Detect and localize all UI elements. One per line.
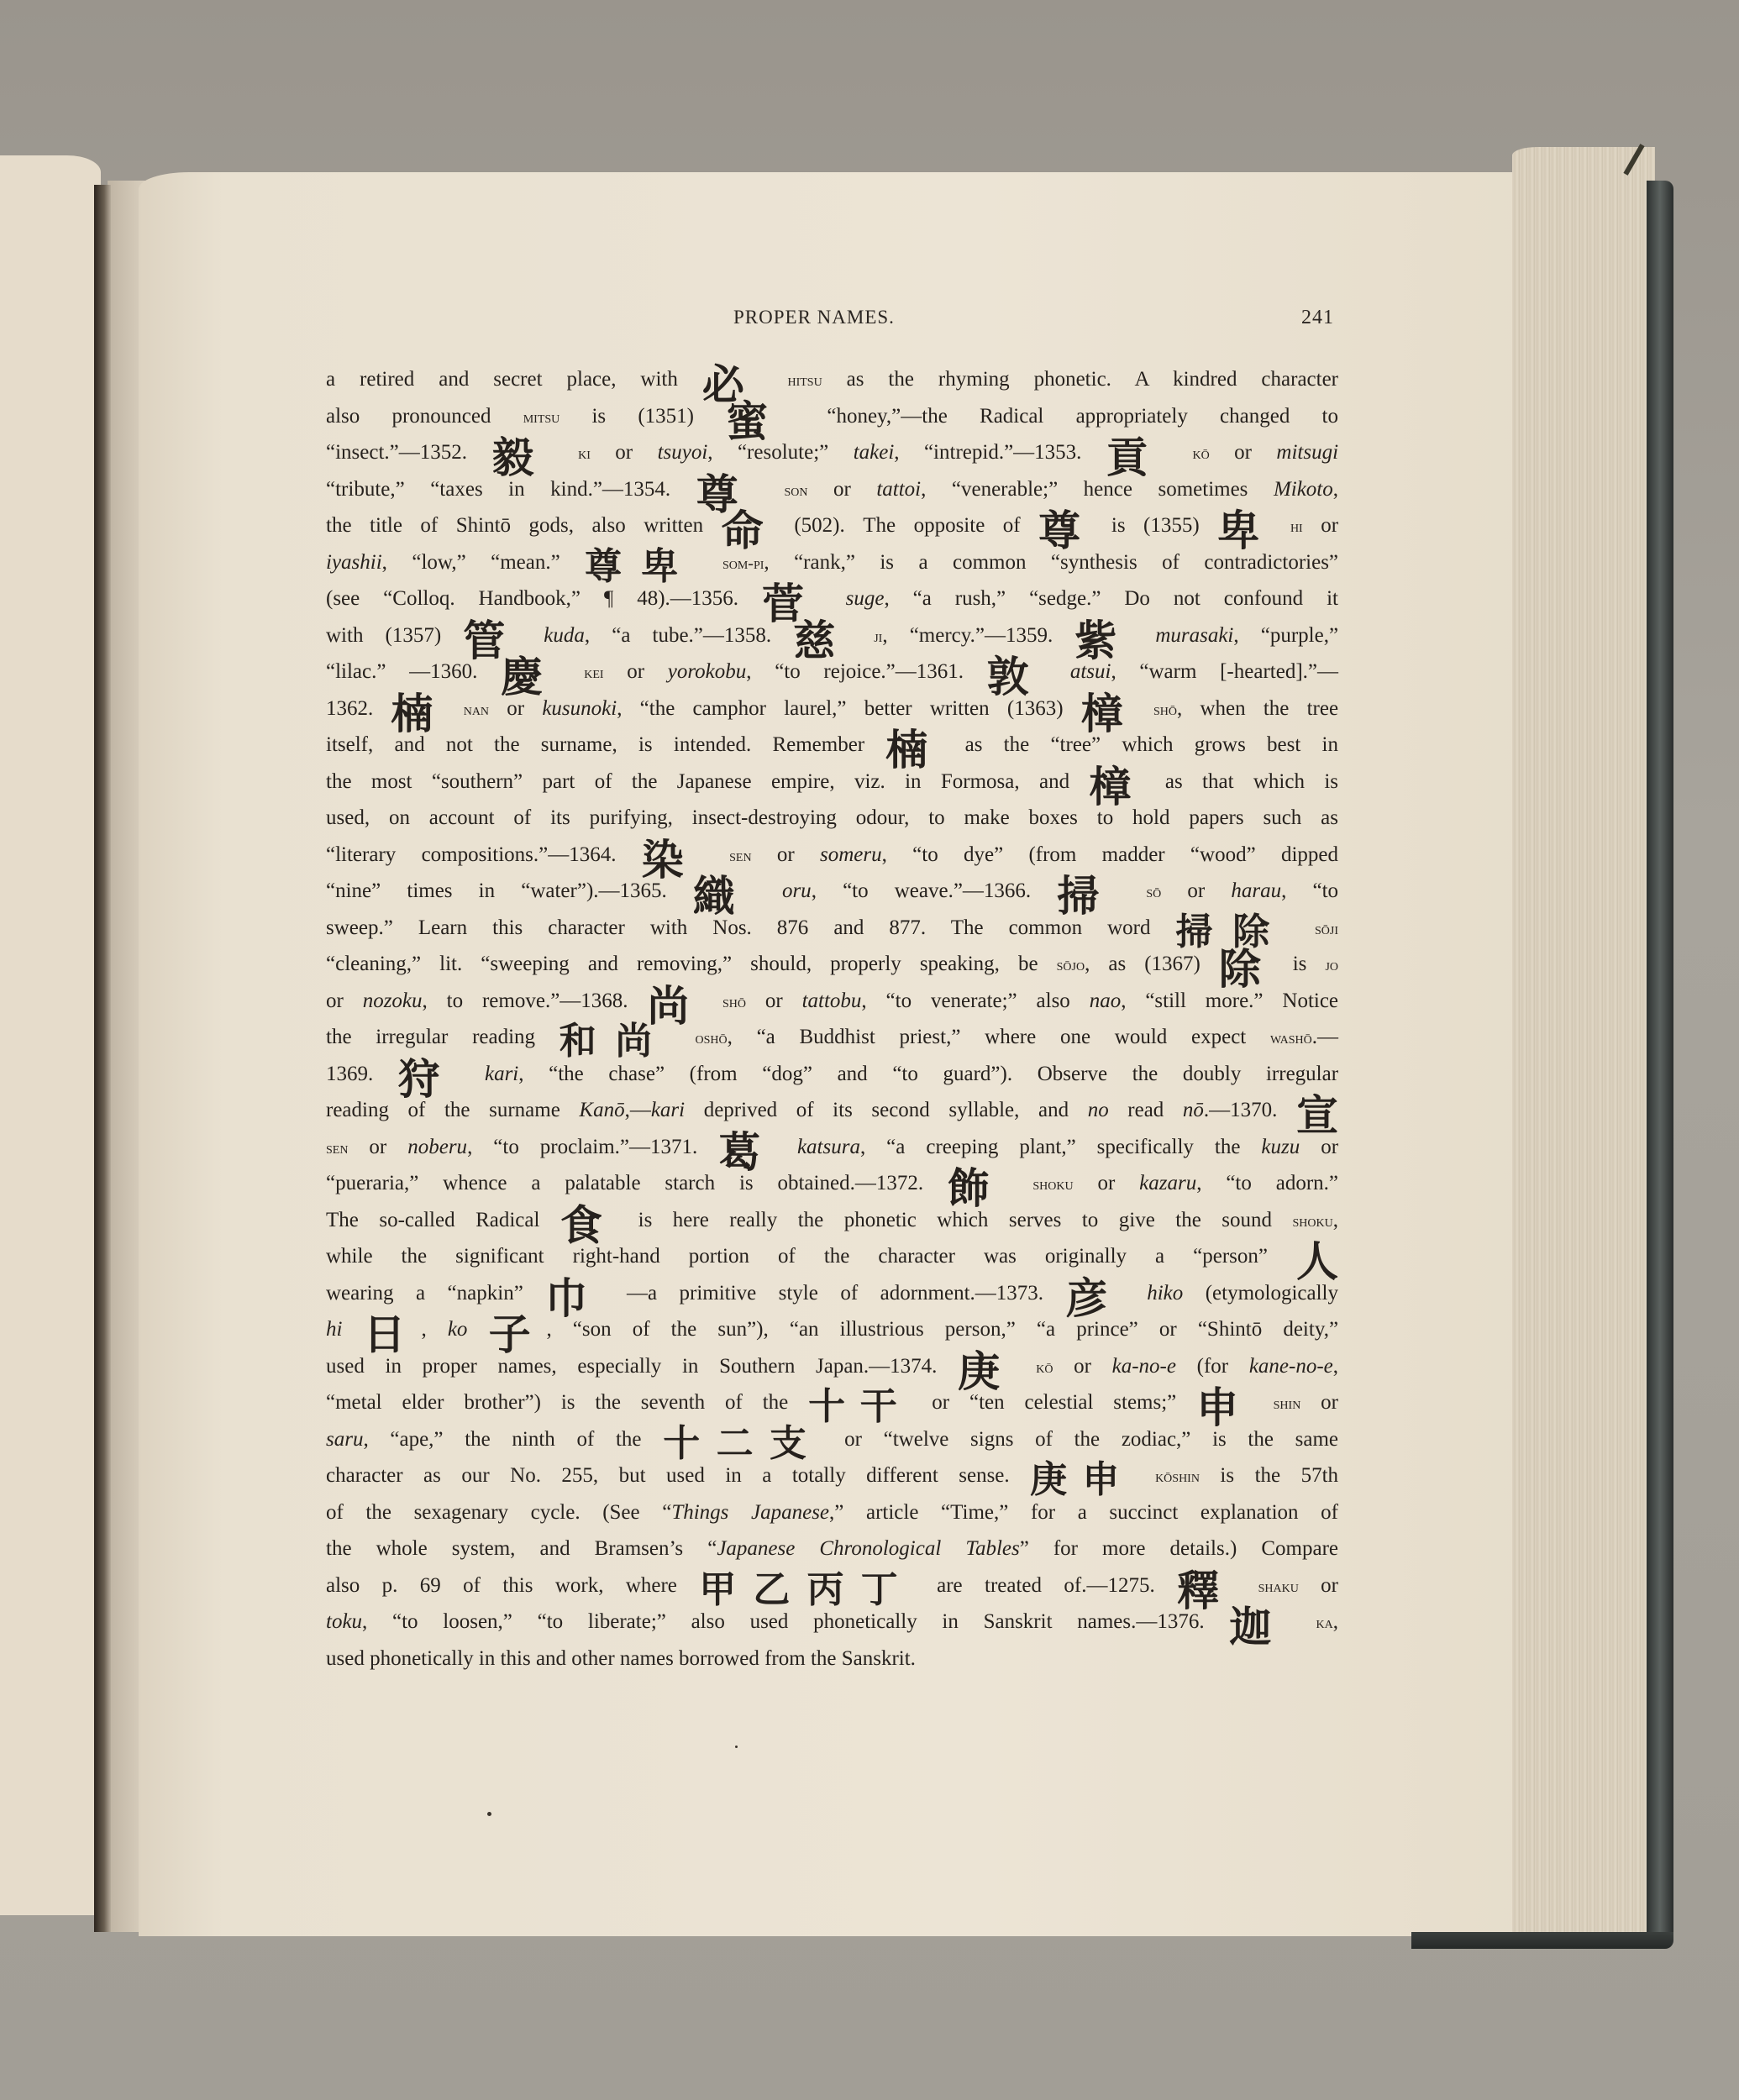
text-run <box>776 1136 797 1158</box>
text-line: sen or noberu, “to proclaim.”—1371. 葛 ka… <box>326 1129 1338 1166</box>
body-text: a retired and secret place, with 必 hitsu… <box>326 361 1338 1677</box>
text-run: or <box>1299 1574 1338 1597</box>
text-run <box>1291 1610 1316 1633</box>
text-run: , “to adorn.” <box>1196 1172 1338 1194</box>
text-line: The so-called Radical 食 is here really t… <box>326 1202 1338 1239</box>
text-line: “pueraria,” whence a palatable starch is… <box>326 1165 1338 1202</box>
text-run: the most “southern” part of the Japanese… <box>326 770 1089 793</box>
italic-term: hi <box>326 1318 342 1341</box>
text-run: 1362. <box>326 697 391 720</box>
text-run: , <box>421 1318 447 1341</box>
text-line: the most “southern” part of the Japanese… <box>326 764 1338 801</box>
text-line: character as our No. 255, but used in a … <box>326 1457 1338 1494</box>
romanized-reading: shō <box>1153 701 1177 719</box>
text-run: as that which is <box>1146 770 1338 793</box>
text-run: itself, and not the surname, is intended… <box>326 733 885 756</box>
text-run: ,” article “Time,” for a succinct explan… <box>829 1501 1338 1524</box>
text-run: “tribute,” “taxes in kind.”—1354. <box>326 478 696 501</box>
text-line: saru, “ape,” the ninth of the 十二支 or “tw… <box>326 1421 1338 1458</box>
text-run: as the “tree” which grows best in <box>943 733 1338 756</box>
text-run <box>703 990 722 1012</box>
text-line: also pronounced mitsu is (1351) 蜜 “honey… <box>326 398 1338 435</box>
italic-term: katsura <box>797 1136 860 1158</box>
romanized-reading: shō <box>722 993 746 1011</box>
ink-speck <box>735 1746 738 1748</box>
italic-term: tsuyoi <box>658 441 708 464</box>
running-head: PROPER NAMES. 241 <box>326 307 1334 340</box>
italic-term: Mikoto <box>1274 478 1333 501</box>
romanized-reading: ki <box>578 444 591 463</box>
text-run: a retired and secret place, with <box>326 368 702 391</box>
text-run: —a primitive style of adornment.—1373. <box>604 1282 1065 1305</box>
text-run <box>1125 1282 1147 1305</box>
text-run <box>445 697 463 720</box>
running-title: PROPER NAMES. <box>733 307 895 328</box>
text-run: , “warm [-hearted].”— <box>1111 660 1338 683</box>
text-run: “pueraria,” whence a palatable starch is… <box>326 1172 948 1194</box>
italic-term: suge <box>846 587 885 610</box>
text-run: or <box>1161 879 1231 902</box>
romanized-reading: kei <box>584 664 603 682</box>
text-run: , <box>1333 1209 1338 1231</box>
text-line: or nozoku, to remove.”—1368. 尚 shō or ta… <box>326 983 1338 1020</box>
text-run: deprived of its second syllable, and <box>685 1099 1088 1121</box>
text-line: hi 日, ko 子, “son of the sun”), “an illus… <box>326 1311 1338 1348</box>
text-run: the irregular reading <box>326 1026 560 1048</box>
text-line: iyashii, “low,” “mean.” 尊卑 som-pi, “rank… <box>326 544 1338 581</box>
italic-term: noberu <box>407 1136 467 1158</box>
romanized-reading: oshō <box>695 1029 727 1047</box>
italic-term: nō <box>1183 1099 1204 1121</box>
text-run: , “rank,” is a common “synthesis of cont… <box>764 551 1338 574</box>
text-run <box>1272 514 1290 537</box>
text-run: “honey,”—the Radical appropriately chang… <box>795 405 1338 428</box>
romanized-reading: shoku <box>1032 1175 1073 1194</box>
text-run: or <box>1210 441 1277 464</box>
text-run: .— <box>1312 1026 1338 1048</box>
text-run: used, on account of its purifying, insec… <box>326 806 1338 829</box>
italic-term: iyashii <box>326 551 382 574</box>
italic-term: nozoku <box>363 990 423 1012</box>
text-run: , “to weave.”—1366. <box>812 879 1058 902</box>
text-run: ” for more details.) Compare <box>1020 1537 1338 1560</box>
text-run: read <box>1109 1099 1183 1121</box>
text-run: , “to <box>1281 879 1338 902</box>
romanized-reading: sen <box>729 847 751 865</box>
text-run <box>1016 1355 1037 1378</box>
text-run <box>1120 879 1146 902</box>
book-cover-spine-edge <box>1647 181 1673 1945</box>
text-run: also pronounced <box>326 405 523 428</box>
text-run: , “a Buddhist priest,” where one would e… <box>728 1026 1270 1048</box>
italic-term: Things Japanese <box>671 1501 829 1524</box>
text-run <box>1047 660 1070 683</box>
text-run: .—1370. <box>1204 1099 1296 1121</box>
text-run <box>671 1026 696 1048</box>
text-run <box>852 624 874 647</box>
text-run: or “twelve signs of the zodiac,” is the … <box>822 1428 1338 1451</box>
italic-term: tattoi <box>876 478 921 501</box>
text-run: or <box>752 843 820 866</box>
text-run: or <box>591 441 658 464</box>
text-line: “lilac.” —1360. 慶 kei or yorokobu, “to r… <box>326 654 1338 690</box>
text-run <box>759 478 785 501</box>
text-run: or <box>1074 1172 1140 1194</box>
romanized-reading: hi <box>1290 517 1303 536</box>
italic-term: murasaki <box>1155 624 1233 647</box>
text-line: “literary compositions.”—1364. 染 sen or … <box>326 837 1338 874</box>
text-run: , “to proclaim.”—1371. <box>467 1136 718 1158</box>
italic-term: kazaru <box>1139 1172 1196 1194</box>
text-run: used phonetically in this and other name… <box>326 1647 916 1670</box>
text-run: reading of the surname <box>326 1099 579 1121</box>
romanized-reading: sen <box>326 1139 348 1158</box>
text-line: “cleaning,” lit. “sweeping and removing,… <box>326 946 1338 983</box>
text-line: the whole system, and Bramsen’s “Japanes… <box>326 1530 1338 1567</box>
text-run: sweep.” Learn this character with Nos. 8… <box>326 916 1175 939</box>
romanized-reading: sōjo <box>1057 956 1085 974</box>
text-run: is here really the phonetic which serves… <box>617 1209 1292 1231</box>
text-run: or <box>807 478 876 501</box>
text-line: used in proper names, especially in Sout… <box>326 1348 1338 1385</box>
italic-term: kane-no-e <box>1249 1355 1333 1378</box>
italic-term: kuda <box>544 624 585 647</box>
text-run: , <box>1333 1355 1338 1378</box>
text-run: or <box>1303 514 1338 537</box>
text-run: ,— <box>625 1099 651 1121</box>
text-run: is the 57th <box>1200 1464 1338 1487</box>
page-number: 241 <box>1301 307 1334 329</box>
italic-term: harau <box>1231 879 1281 902</box>
text-run: is (1355) <box>1093 514 1217 537</box>
text-run <box>704 843 729 866</box>
romanized-reading: shaku <box>1258 1578 1299 1596</box>
text-run: , <box>1333 478 1338 501</box>
text-run: or <box>326 990 363 1012</box>
text-line: “nine” times in “water”).—1365. 織 oru, “… <box>326 873 1338 910</box>
text-run <box>342 1318 363 1341</box>
italic-term: kuzu <box>1261 1136 1300 1158</box>
text-run: , “a tube.”—1358. <box>585 624 793 647</box>
text-run <box>1168 441 1192 464</box>
text-run <box>1009 1172 1033 1194</box>
text-run <box>1136 697 1153 720</box>
italic-term: no <box>1088 1099 1109 1121</box>
text-run <box>1133 624 1155 647</box>
text-run: the whole system, and Bramsen’s “ <box>326 1537 717 1560</box>
text-run: “cleaning,” lit. “sweeping and removing,… <box>326 953 1057 975</box>
text-run: , “to dye” (from madder “wood” dipped <box>882 843 1338 866</box>
text-line: a retired and secret place, with 必 hitsu… <box>326 361 1338 398</box>
romanized-reading: shin <box>1274 1394 1301 1413</box>
text-run: The so-called Radical <box>326 1209 560 1231</box>
text-run <box>554 441 578 464</box>
text-run: “lilac.” —1360. <box>326 660 501 683</box>
text-line: also p. 69 of this work, where 甲乙丙丁 are … <box>326 1567 1338 1604</box>
text-run <box>756 879 782 902</box>
text-run: , “still more.” Notice <box>1121 990 1338 1012</box>
text-run <box>698 551 722 574</box>
text-run: , <box>1333 1610 1338 1633</box>
text-run: , “the camphor laurel,” better written (… <box>617 697 1081 720</box>
text-line: the title of Shintō gods, also written 命… <box>326 507 1338 544</box>
romanized-reading: nan <box>464 701 489 719</box>
text-run: wearing a “napkin” <box>326 1282 545 1305</box>
text-run: is (1351) <box>560 405 726 428</box>
text-run: , “ape,” the ninth of the <box>363 1428 663 1451</box>
romanized-reading: sōji <box>1315 920 1338 938</box>
italic-term: nao <box>1090 990 1122 1012</box>
italic-term: tattobu <box>802 990 862 1012</box>
romanized-reading: kōshin <box>1155 1467 1200 1486</box>
text-line: while the significant right-hand portion… <box>326 1238 1338 1275</box>
text-run: (502). The opposite of <box>776 514 1038 537</box>
text-run: (see “Colloq. Handbook,” ¶ 48).—1356. <box>326 587 762 610</box>
text-line: “metal elder brother”) is the seventh of… <box>326 1384 1338 1421</box>
text-run: or <box>348 1136 407 1158</box>
text-run: (for <box>1176 1355 1249 1378</box>
text-run: or “ten celestial stems;” <box>912 1391 1196 1414</box>
text-run <box>522 624 544 647</box>
text-run: or <box>746 990 802 1012</box>
text-run: , “a rush,” “sedge.” Do not confound it <box>884 587 1338 610</box>
italic-term: kari <box>485 1063 518 1085</box>
text-line: “tribute,” “taxes in kind.”—1354. 尊 son … <box>326 471 1338 508</box>
text-run: or <box>489 697 542 720</box>
text-run: or <box>1053 1355 1111 1378</box>
text-run: or <box>1300 1391 1338 1414</box>
text-run: of the sexagenary cycle. (See “ <box>326 1501 671 1524</box>
romanized-reading: som-pi <box>722 554 764 573</box>
text-run: or <box>604 660 668 683</box>
romanized-reading: sō <box>1146 883 1161 901</box>
text-line: sweep.” Learn this character with Nos. 8… <box>326 910 1338 947</box>
text-run: , “low,” “mean.” <box>382 551 585 574</box>
italic-term: ka-no-e <box>1112 1355 1176 1378</box>
text-line: toku, “to loosen,” “to liberate;” also u… <box>326 1604 1338 1641</box>
romanized-reading: ji <box>874 627 882 646</box>
text-run: are treated of.—1275. <box>915 1574 1177 1597</box>
text-run: , “purple,” <box>1233 624 1338 647</box>
text-run <box>764 368 788 391</box>
italic-term: toku <box>326 1610 362 1633</box>
italic-term: mitsugi <box>1276 441 1338 464</box>
italic-term: hiko <box>1147 1282 1183 1305</box>
romanized-reading: jo <box>1325 956 1338 974</box>
text-run: (etymologically <box>1183 1282 1338 1305</box>
text-run <box>822 587 846 610</box>
text-run: , “mercy.”—1359. <box>882 624 1074 647</box>
text-run: or <box>1300 1136 1338 1158</box>
text-run: “insect.”—1352. <box>326 441 491 464</box>
text-run: 1369. <box>326 1063 398 1085</box>
text-run: “nine” times in “water”).—1365. <box>326 879 693 902</box>
text-line: “insect.”—1352. 毅 ki or tsuyoi, “resolut… <box>326 434 1338 471</box>
text-line: reading of the surname Kanō,—kari depriv… <box>326 1092 1338 1129</box>
romanized-reading: hitsu <box>787 371 822 390</box>
text-line: wearing a “napkin” 巾 —a primitive style … <box>326 1275 1338 1312</box>
italic-term: someru <box>820 843 882 866</box>
text-run: while the significant right-hand portion… <box>326 1245 1296 1268</box>
text-run: , “a creeping plant,” specifically the <box>860 1136 1261 1158</box>
text-run: with (1357) <box>326 624 463 647</box>
text-run <box>460 1063 485 1085</box>
text-line: itself, and not the surname, is intended… <box>326 727 1338 764</box>
text-run: character as our No. 255, but used in a … <box>326 1464 1030 1487</box>
text-line: with (1357) 管 kuda, “a tube.”—1358. 慈 ji… <box>326 617 1338 654</box>
text-run: , “venerable;” hence sometimes <box>921 478 1274 501</box>
italic-term: yorokobu <box>668 660 747 683</box>
text-run: , to remove.”—1368. <box>423 990 648 1012</box>
italic-term: Japanese Chronological Tables <box>717 1537 1019 1560</box>
italic-term: saru <box>326 1428 363 1451</box>
book-gutter <box>94 185 111 1932</box>
text-run: as the rhyming phonetic. A kindred chara… <box>822 368 1338 391</box>
text-run: , “intrepid.”—1353. <box>894 441 1106 464</box>
text-line: the irregular reading 和尚 oshō, “a Buddhi… <box>326 1019 1338 1056</box>
italic-term: ko <box>448 1318 468 1341</box>
book-cover-bottom-edge <box>1411 1932 1673 1949</box>
text-run: , when the tree <box>1177 697 1338 720</box>
text-run <box>1135 1464 1155 1487</box>
italic-term: oru <box>782 879 812 902</box>
text-run: , “to loosen,” “to liberate;” also used … <box>362 1610 1229 1633</box>
italic-term: atsui <box>1070 660 1111 683</box>
text-line: 1362. 楠 nan or kusunoki, “the camphor la… <box>326 690 1338 727</box>
text-run: “literary compositions.”—1364. <box>326 843 642 866</box>
text-run: the title of Shintō gods, also written <box>326 514 722 537</box>
text-run <box>1253 1391 1274 1414</box>
ink-speck <box>487 1812 491 1816</box>
page-block-edge <box>1512 147 1655 1945</box>
text-run <box>1236 1574 1258 1597</box>
text-run: is <box>1274 953 1326 975</box>
text-run: , “son of the sun”), “an illustrious per… <box>546 1318 1338 1341</box>
text-run: used in proper names, especially in Sout… <box>326 1355 958 1378</box>
romanized-reading: kō <box>1192 444 1209 463</box>
text-run: , as (1367) <box>1085 953 1219 975</box>
italic-term: Kanō <box>579 1099 624 1121</box>
romanized-reading: shoku <box>1293 1212 1333 1231</box>
romanized-reading: son <box>784 481 807 500</box>
text-line: (see “Colloq. Handbook,” ¶ 48).—1356. 菅 … <box>326 580 1338 617</box>
text-run <box>1290 916 1315 939</box>
italic-term: takei <box>854 441 895 464</box>
italic-term: kusunoki <box>542 697 617 720</box>
text-run: , “resolute;” <box>707 441 853 464</box>
text-run: also p. 69 of this work, where <box>326 1574 699 1597</box>
text-line: used, on account of its purifying, insec… <box>326 800 1338 837</box>
text-run <box>561 660 585 683</box>
romanized-reading: ka <box>1316 1614 1333 1632</box>
text-run: , “the chase” (from “dog” and “to guard”… <box>518 1063 1338 1085</box>
left-page-edge <box>0 155 101 1915</box>
text-run: , “to rejoice.”—1361. <box>746 660 986 683</box>
text-run <box>467 1318 488 1341</box>
text-line: of the sexagenary cycle. (See “Things Ja… <box>326 1494 1338 1531</box>
text-run: , “to venerate;” also <box>861 990 1089 1012</box>
romanized-reading: mitsu <box>523 408 560 427</box>
romanized-reading: kō <box>1036 1358 1053 1377</box>
text-line: used phonetically in this and other name… <box>326 1641 1338 1677</box>
text-run: “metal elder brother”) is the seventh of… <box>326 1391 808 1414</box>
italic-term: kari <box>651 1099 685 1121</box>
romanized-reading: washō <box>1270 1029 1312 1047</box>
text-line: 1369. 狩 kari, “the chase” (from “dog” an… <box>326 1056 1338 1093</box>
